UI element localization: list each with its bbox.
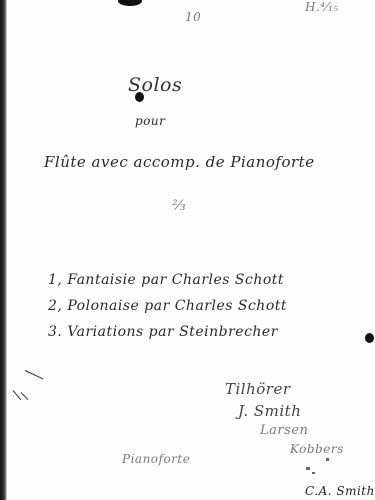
- fraction-mark: ⅔: [172, 198, 186, 214]
- contents-item: 1, Fantaisie par Charles Schott: [48, 272, 284, 288]
- contents-number: 1,: [48, 272, 62, 288]
- contents-text: Variations par Steinbrecher: [67, 324, 278, 340]
- corner-note: H.⁴⁄₁₅: [305, 0, 339, 14]
- signature: Kobbers: [290, 442, 344, 456]
- signature: C.A. Smith: [305, 484, 375, 498]
- title-instrument-line: Flûte avec accomp. de Pianoforte: [44, 153, 315, 171]
- scan-left-edge: [0, 0, 7, 500]
- contents-item: 3. Variations par Steinbrecher: [48, 324, 278, 340]
- manuscript-page: 10 H.⁴⁄₁₅ Solos pour Flûte avec accomp. …: [0, 0, 375, 500]
- pen-stroke: [25, 370, 44, 379]
- pen-stroke: [21, 392, 29, 400]
- signature: Tilhörer: [225, 380, 291, 398]
- contents-number: 3.: [48, 324, 62, 340]
- ink-blot: [118, 0, 142, 6]
- signature: J. Smith: [238, 402, 301, 420]
- title-solos: Solos: [128, 74, 182, 96]
- pen-stroke: [13, 390, 21, 400]
- ink-speck: [312, 472, 315, 474]
- contents-item: 2, Polonaise par Charles Schott: [48, 298, 287, 314]
- contents-text: Polonaise par Charles Schott: [67, 298, 287, 314]
- contents-number: 2,: [48, 298, 62, 314]
- ink-blot: [365, 333, 374, 343]
- title-pour: pour: [135, 114, 165, 128]
- ink-speck: [306, 467, 310, 470]
- ink-speck: [326, 458, 329, 461]
- contents-text: Fantaisie par Charles Schott: [67, 272, 284, 288]
- page-number: 10: [185, 10, 201, 24]
- part-label: Pianoforte: [122, 452, 190, 466]
- signature: Larsen: [260, 423, 308, 438]
